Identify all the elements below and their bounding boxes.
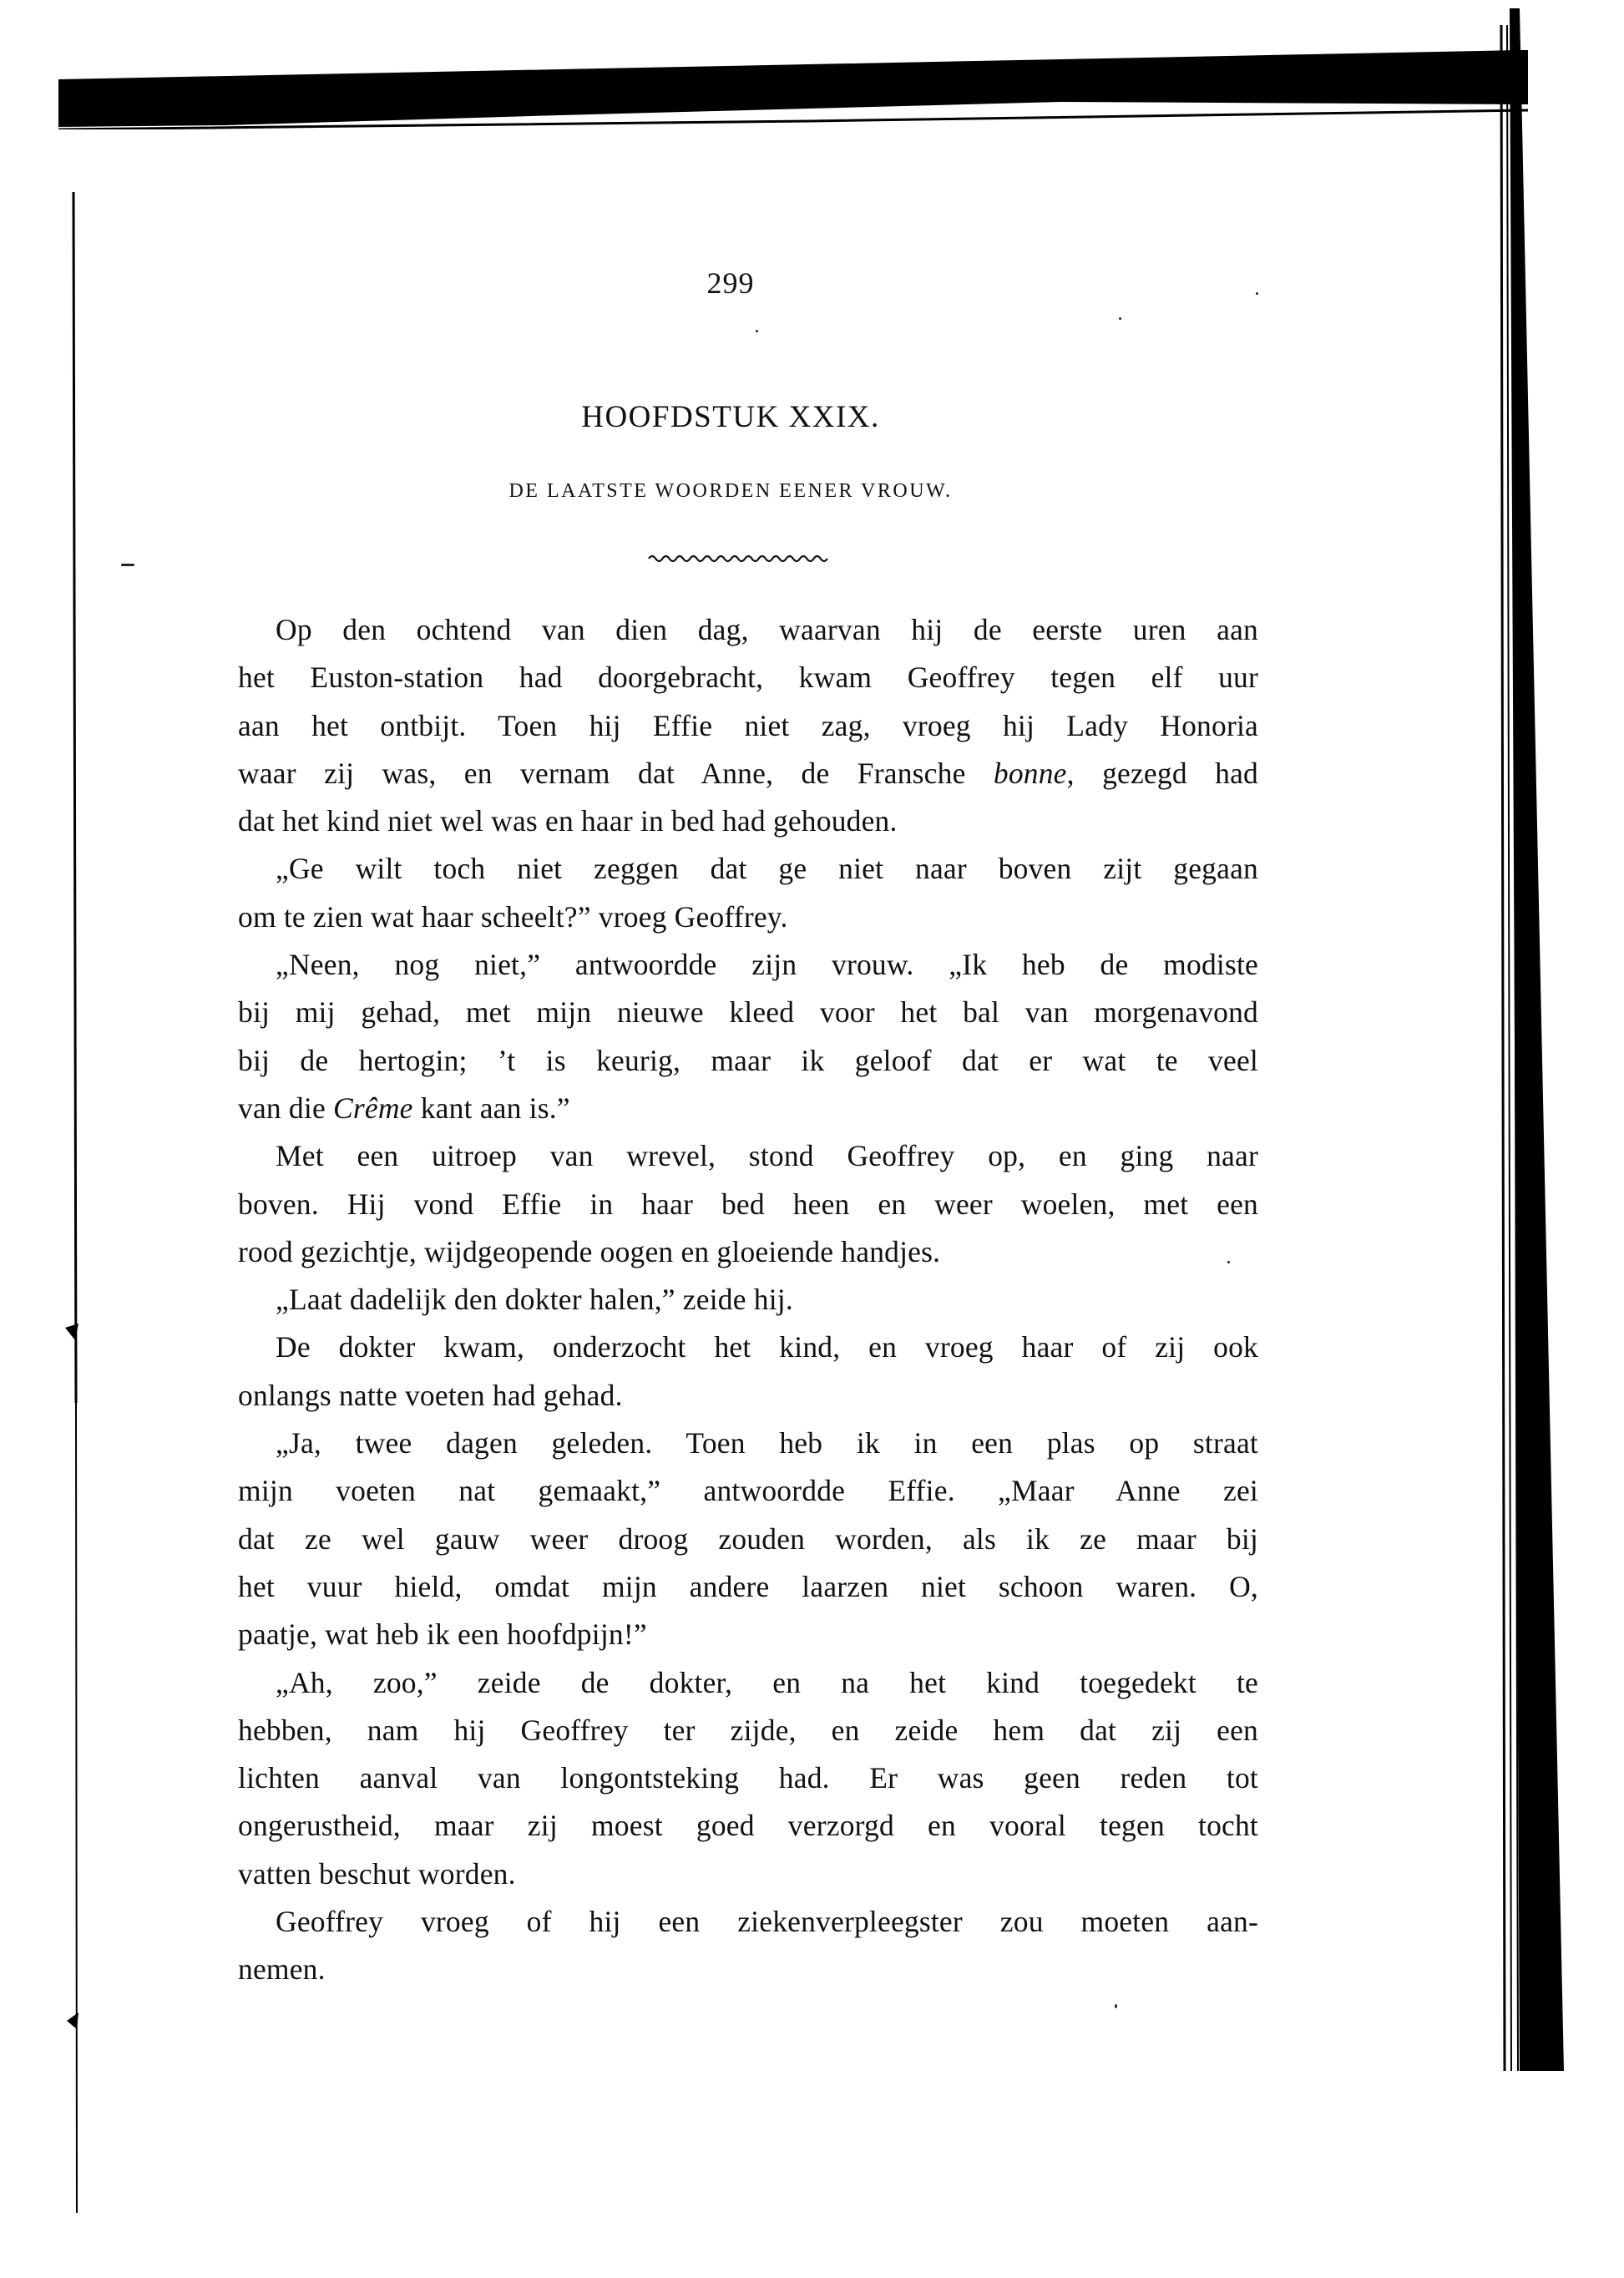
scan-speck: [1119, 317, 1121, 320]
text-line: dat ze wel gauw weer droog zouden worden…: [238, 1516, 1258, 1563]
text-line: paatje, wat heb ik een hoofdpijn!”: [238, 1611, 1258, 1658]
text-line: „Ja, twee dagen geleden. Toen heb ik in …: [238, 1420, 1258, 1467]
text-line: „Ge wilt toch niet zeggen dat ge niet na…: [238, 845, 1258, 893]
page-number: 299: [0, 266, 1461, 301]
text-line: De dokter kwam, onderzocht het kind, en …: [238, 1324, 1258, 1371]
text-line: bij mij gehad, met mijn nieuwe kleed voo…: [238, 989, 1258, 1036]
text-line: het vuur hield, omdat mijn andere laarze…: [238, 1563, 1258, 1611]
text-line: Met een uitroep van wrevel, stond Geoffr…: [238, 1132, 1258, 1180]
text-line: Geoffrey vroeg of hij een ziekenverpleeg…: [238, 1898, 1258, 1946]
text-line: „Neen, nog niet,” antwoordde zijn vrouw.…: [238, 941, 1258, 989]
scan-speck: [1115, 2004, 1117, 2008]
scan-speck: [1227, 1261, 1230, 1263]
text-line: van die Crême kant aan is.”: [238, 1085, 1258, 1132]
scan-speck: [1256, 292, 1258, 295]
chapter-title: HOOFDSTUK XXIX.: [0, 399, 1461, 435]
text-line: „Laat dadelijk den dokter halen,” zeide …: [238, 1276, 1258, 1324]
chapter-subtitle: DE LAATSTE WOORDEN EENER VROUW.: [0, 480, 1461, 503]
scan-shadow-right-edge: [1486, 0, 1578, 2171]
text-line: onlangs natte voeten had gehad.: [238, 1372, 1258, 1420]
text-line: het Euston-station had doorgebracht, kwa…: [238, 654, 1258, 701]
wavy-rule-ornament: [647, 551, 829, 566]
text-line: vatten beschut worden.: [238, 1850, 1258, 1898]
text-line: mijn voeten nat gemaakt,” antwoordde Eff…: [238, 1467, 1258, 1515]
scan-shadow-top-edge: [58, 50, 1528, 129]
text-line: rood gezichtje, wijdgeopende oogen en gl…: [238, 1228, 1258, 1276]
text-line: Op den ochtend van dien dag, waarvan hij…: [238, 606, 1258, 654]
text-line: nemen.: [238, 1946, 1258, 1993]
text-line: dat het kind niet wel was en haar in bed…: [238, 797, 1258, 845]
text-line: lichten aanval van longontsteking had. E…: [238, 1754, 1258, 1802]
text-line: hebben, nam hij Geoffrey ter zijde, en z…: [238, 1707, 1258, 1754]
text-line: aan het ontbijt. Toen hij Effie niet zag…: [238, 702, 1258, 750]
text-line: bij de hertogin; ’t is keurig, maar ik g…: [238, 1037, 1258, 1085]
text-line: waar zij was, en vernam dat Anne, de Fra…: [238, 750, 1258, 797]
body-text: Op den ochtend van dien dag, waarvan hij…: [238, 606, 1258, 1994]
text-line: om te zien wat haar scheelt?” vroeg Geof…: [238, 893, 1258, 941]
text-line: „Ah, zoo,” zeide de dokter, en na het ki…: [238, 1659, 1258, 1707]
scan-speck: [121, 564, 134, 566]
scan-speck: [756, 330, 758, 332]
text-line: boven. Hij vond Effie in haar bed heen e…: [238, 1181, 1258, 1228]
text-line: ongerustheid, maar zij moest goed verzor…: [238, 1802, 1258, 1850]
